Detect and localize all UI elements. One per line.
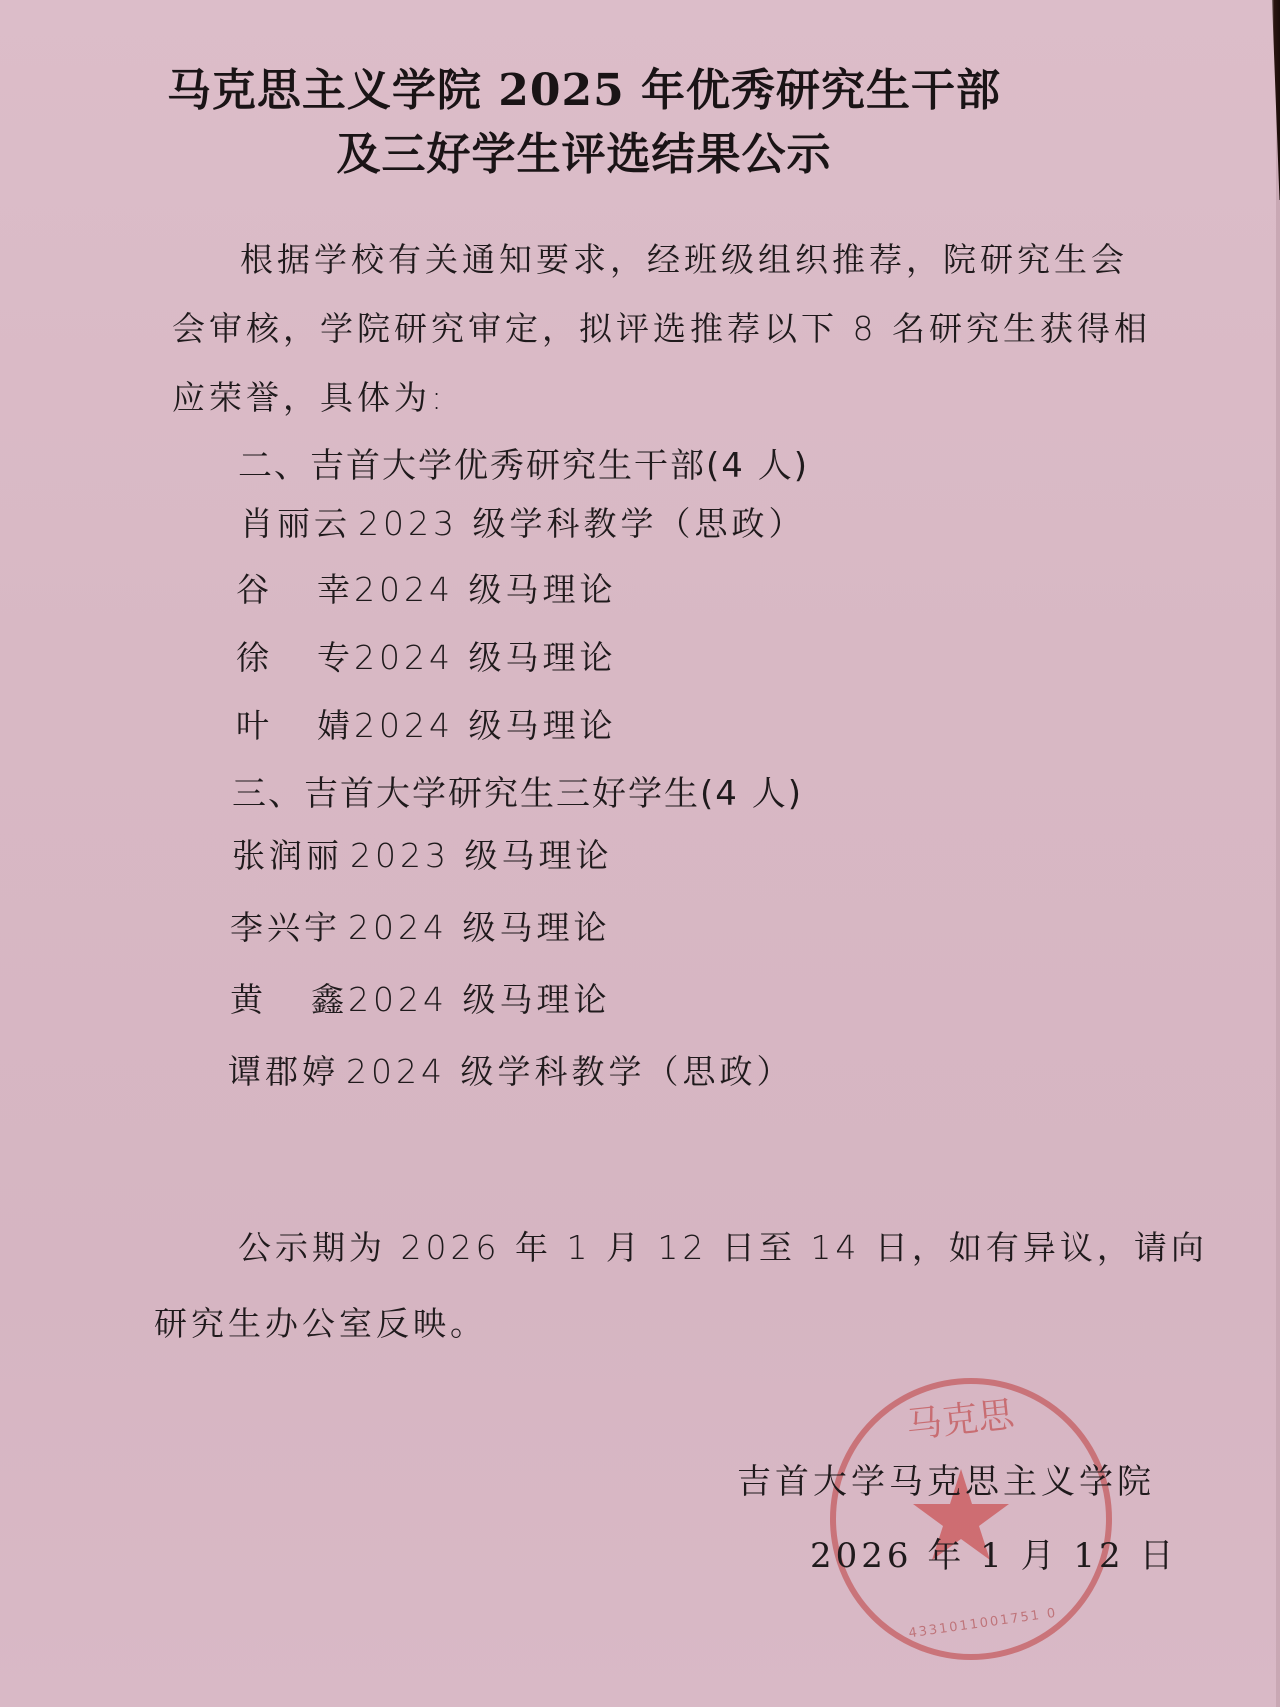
- section-heading-merit-students: 三、吉首大学研究生三好学生(4 人): [232, 766, 803, 815]
- intro-line-1: 根据学校有关通知要求，经班级组织推荐，院研究生会: [240, 234, 1128, 281]
- student-info: 2024 级学科教学（思政）: [346, 1046, 793, 1093]
- student-name: 叶婧: [236, 700, 354, 747]
- student-name: 李兴宇: [230, 902, 348, 949]
- list-item: 谭郡婷 2024 级学科教学（思政）: [228, 1046, 793, 1093]
- list-item: 徐专 2024 级马理论: [236, 632, 616, 679]
- student-name: 谭郡婷: [228, 1046, 346, 1093]
- signature-date: 2026 年 1 月 12 日: [810, 1528, 1177, 1577]
- list-item: 黄鑫 2024 级马理论: [230, 974, 610, 1021]
- list-item: 叶婧 2024 级马理论: [236, 700, 616, 747]
- student-info: 2023 级学科教学（思政）: [358, 498, 805, 545]
- document-title-line2: 及三好学生评选结果公示: [0, 118, 1224, 182]
- student-name: 肖丽云: [240, 498, 358, 545]
- intro-line-2: 会审核，学院研究审定，拟评选推荐以下 8 名研究生获得相: [172, 303, 1151, 350]
- section-heading-cadres: 二、吉首大学优秀研究生干部(4 人): [238, 438, 809, 487]
- student-info: 2024 级马理论: [354, 700, 616, 747]
- intro-line-3: 应荣誉，具体为:: [172, 372, 446, 419]
- student-info: 2024 级马理论: [354, 564, 616, 611]
- list-item: 李兴宇 2024 级马理论: [230, 902, 610, 949]
- signature-org: 吉首大学马克思主义学院: [737, 1454, 1155, 1503]
- document-title-line1: 马克思主义学院 2025 年优秀研究生干部: [0, 54, 1224, 118]
- official-seal: 马克思 4331011001751 0: [830, 1378, 1112, 1660]
- student-info: 2024 级马理论: [354, 632, 616, 679]
- list-item: 张润丽 2023 级马理论: [232, 830, 612, 877]
- list-item: 肖丽云 2023 级学科教学（思政）: [240, 498, 805, 545]
- seal-code: 4331011001751 0: [908, 1606, 1059, 1642]
- student-name: 徐专: [236, 632, 354, 679]
- notice-line-1: 公示期为 2026 年 1 月 12 日至 14 日，如有异议，请向: [238, 1222, 1208, 1269]
- seal-text: 马克思: [904, 1386, 1017, 1448]
- notice-line-2: 研究生办公室反映。: [154, 1298, 487, 1345]
- student-name: 谷幸: [236, 564, 354, 611]
- student-info: 2024 级马理论: [348, 902, 610, 949]
- student-name: 张润丽: [232, 830, 350, 877]
- student-info: 2023 级马理论: [350, 830, 612, 877]
- list-item: 谷幸 2024 级马理论: [236, 564, 616, 611]
- student-name: 黄鑫: [230, 974, 348, 1021]
- student-info: 2024 级马理论: [348, 974, 610, 1021]
